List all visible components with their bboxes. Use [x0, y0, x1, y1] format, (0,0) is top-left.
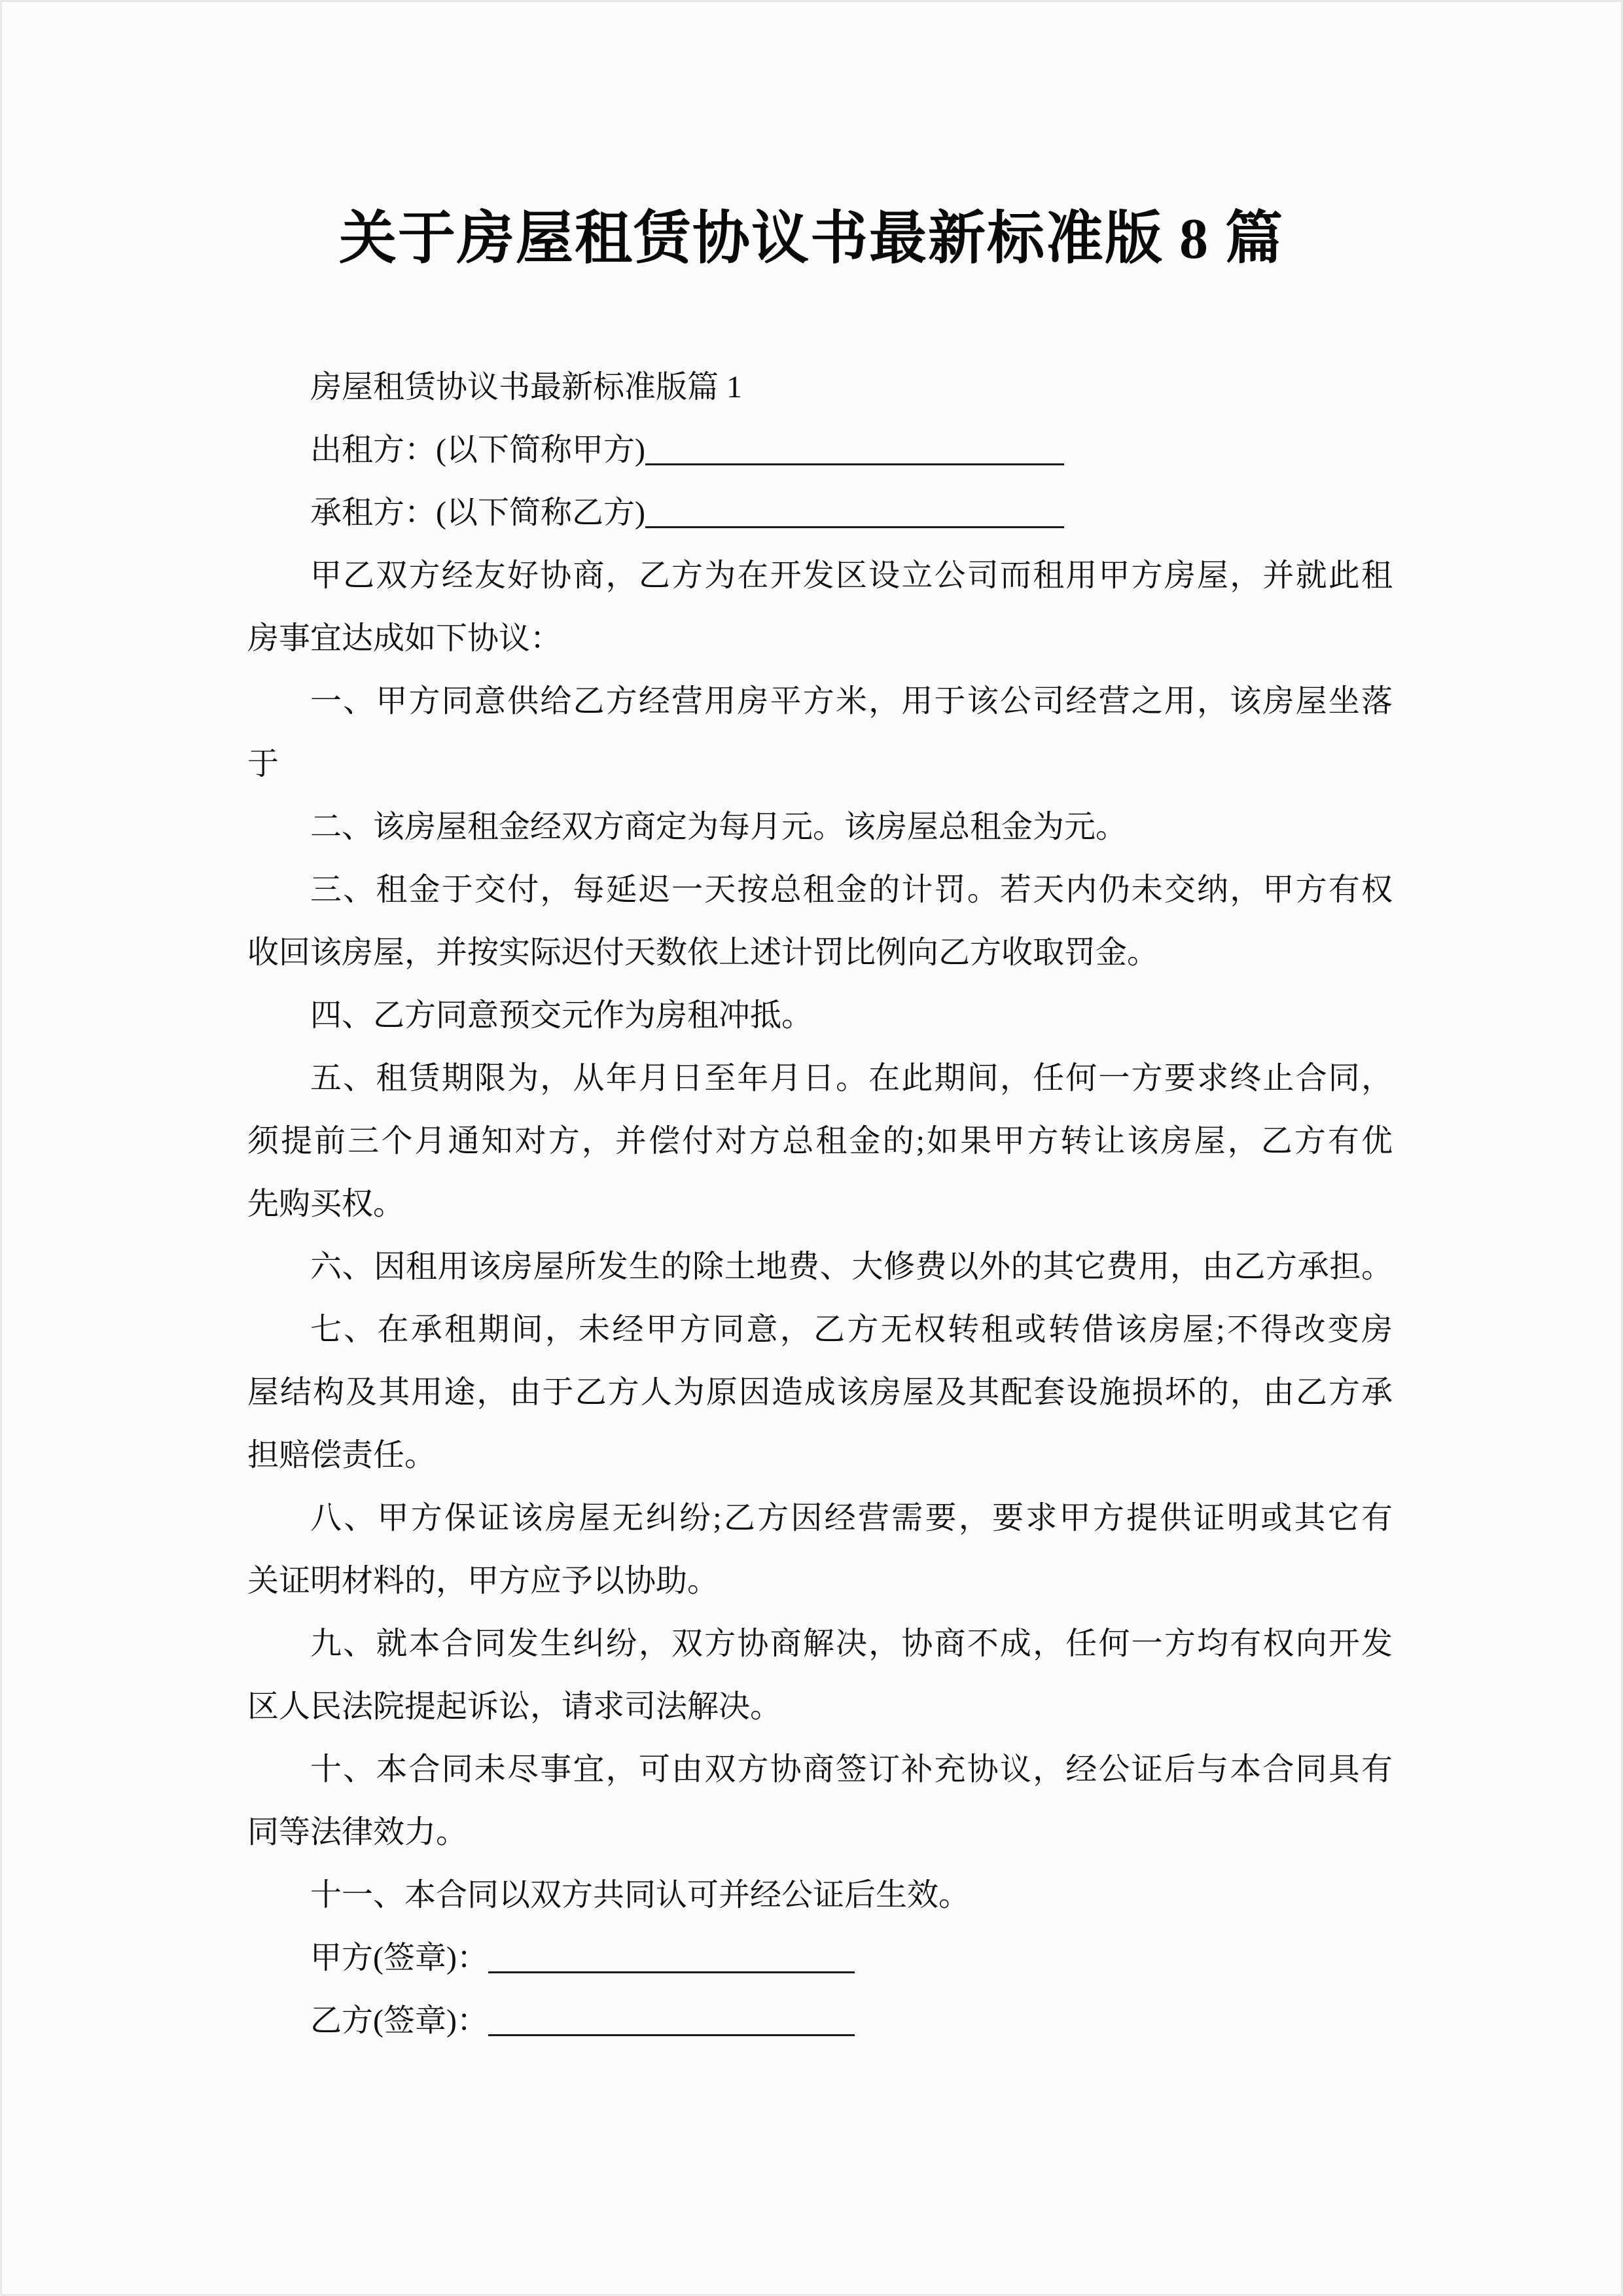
line-text: 房事宜达成如下协议：: [247, 621, 562, 656]
line-text: 七、在承租期间，未经甲方同意，乙方无权转租或转借该房屋;不得改变房: [310, 1312, 1393, 1347]
line-text: 收回该房屋，并按实际迟付天数依上述计罚比例向乙方收取罚金。: [247, 935, 1158, 970]
line-text: 二、该房屋租金经双方商定为每月元。该房屋总租金为元。: [310, 810, 1127, 844]
text-line: 甲方(签章)：: [247, 1927, 1393, 1990]
line-text: 同等法律效力。: [247, 1815, 467, 1850]
text-line: 房事宜达成如下协议：: [247, 607, 1393, 670]
line-text: 一、甲方同意供给乙方经营用房平方米，用于该公司经营之用，该房屋坐落: [310, 684, 1393, 719]
text-line: 八、甲方保证该房屋无纠纷;乙方因经营需要，要求甲方提供证明或其它有: [247, 1487, 1393, 1550]
text-line: 九、就本合同发生纠纷，双方协商解决，协商不成，任何一方均有权向开发: [247, 1613, 1393, 1676]
text-line: 乙方(签章)：: [247, 1990, 1393, 2053]
line-text: 先购买权。: [247, 1187, 404, 1221]
line-text: 八、甲方保证该房屋无纠纷;乙方因经营需要，要求甲方提供证明或其它有: [310, 1501, 1393, 1535]
line-text: 乙方(签章)：: [310, 2003, 488, 2038]
text-line: 三、租金于交付，每延迟一天按总租金的计罚。若天内仍未交纳，甲方有权: [247, 859, 1393, 922]
text-line: 一、甲方同意供给乙方经营用房平方米，用于该公司经营之用，该房屋坐落: [247, 670, 1393, 733]
line-text: 五、租赁期限为，从年月日至年月日。在此期间，任何一方要求终止合同，: [310, 1061, 1393, 1096]
line-text: 十一、本合同以双方共同认可并经公证后生效。: [310, 1878, 970, 1912]
line-text: 于: [247, 747, 279, 781]
blank-underline: [645, 457, 1064, 465]
text-line: 担赔偿责任。: [247, 1424, 1393, 1487]
text-line: 十一、本合同以双方共同认可并经公证后生效。: [247, 1864, 1393, 1927]
text-line: 四、乙方同意预交元作为房租冲抵。: [247, 984, 1393, 1047]
blank-underline: [645, 520, 1064, 528]
line-text: 十、本合同未尽事宜，可由双方协商签订补充协议，经公证后与本合同具有: [310, 1752, 1393, 1787]
document-body: 房屋租赁协议书最新标准版篇 1出租方：(以下简称甲方)承租方：(以下简称乙方)甲…: [247, 356, 1393, 2053]
text-line: 承租方：(以下简称乙方): [247, 482, 1393, 545]
blank-underline: [488, 2028, 855, 2036]
line-text: 屋结构及其用途，由于乙方人为原因造成该房屋及其配套设施损坏的，由乙方承: [247, 1375, 1393, 1410]
line-text: 须提前三个月通知对方，并偿付对方总租金的;如果甲方转让该房屋，乙方有优: [247, 1124, 1393, 1158]
text-line: 七、在承租期间，未经甲方同意，乙方无权转租或转借该房屋;不得改变房: [247, 1299, 1393, 1361]
line-text: 甲方(签章)：: [310, 1941, 488, 1975]
text-line: 五、租赁期限为，从年月日至年月日。在此期间，任何一方要求终止合同，: [247, 1047, 1393, 1110]
line-text: 六、因租用该房屋所发生的除土地费、大修费以外的其它费用，由乙方承担。: [310, 1249, 1393, 1284]
text-line: 十、本合同未尽事宜，可由双方协商签订补充协议，经公证后与本合同具有: [247, 1738, 1393, 1801]
text-line: 出租方：(以下简称甲方): [247, 419, 1393, 482]
text-line: 收回该房屋，并按实际迟付天数依上述计罚比例向乙方收取罚金。: [247, 922, 1393, 984]
text-line: 同等法律效力。: [247, 1801, 1393, 1864]
line-text: 房屋租赁协议书最新标准版篇 1: [310, 370, 742, 404]
line-text: 三、租金于交付，每延迟一天按总租金的计罚。若天内仍未交纳，甲方有权: [310, 872, 1393, 907]
line-text: 承租方：(以下简称乙方): [310, 495, 645, 530]
text-line: 六、因租用该房屋所发生的除土地费、大修费以外的其它费用，由乙方承担。: [247, 1236, 1393, 1299]
text-line: 二、该房屋租金经双方商定为每月元。该房屋总租金为元。: [247, 796, 1393, 859]
line-text: 四、乙方同意预交元作为房租冲抵。: [310, 998, 813, 1033]
text-line: 区人民法院提起诉讼，请求司法解决。: [247, 1676, 1393, 1738]
line-text: 出租方：(以下简称甲方): [310, 433, 645, 467]
text-line: 须提前三个月通知对方，并偿付对方总租金的;如果甲方转让该房屋，乙方有优: [247, 1110, 1393, 1173]
blank-underline: [488, 1965, 855, 1973]
line-text: 九、就本合同发生纠纷，双方协商解决，协商不成，任何一方均有权向开发: [310, 1626, 1393, 1661]
line-text: 甲乙双方经友好协商，乙方为在开发区设立公司而租用甲方房屋，并就此租: [310, 558, 1393, 593]
document-page: 关于房屋租赁协议书最新标准版 8 篇 房屋租赁协议书最新标准版篇 1出租方：(以…: [0, 0, 1623, 2296]
text-line: 甲乙双方经友好协商，乙方为在开发区设立公司而租用甲方房屋，并就此租: [247, 545, 1393, 607]
text-line: 房屋租赁协议书最新标准版篇 1: [247, 356, 1393, 419]
line-text: 担赔偿责任。: [247, 1438, 436, 1473]
text-line: 屋结构及其用途，由于乙方人为原因造成该房屋及其配套设施损坏的，由乙方承: [247, 1361, 1393, 1424]
line-text: 区人民法院提起诉讼，请求司法解决。: [247, 1689, 781, 1724]
page-title: 关于房屋租赁协议书最新标准版 8 篇: [2, 206, 1621, 272]
text-line: 关证明材料的，甲方应予以协助。: [247, 1550, 1393, 1613]
text-line: 于: [247, 733, 1393, 796]
text-line: 先购买权。: [247, 1173, 1393, 1236]
line-text: 关证明材料的，甲方应予以协助。: [247, 1564, 719, 1598]
